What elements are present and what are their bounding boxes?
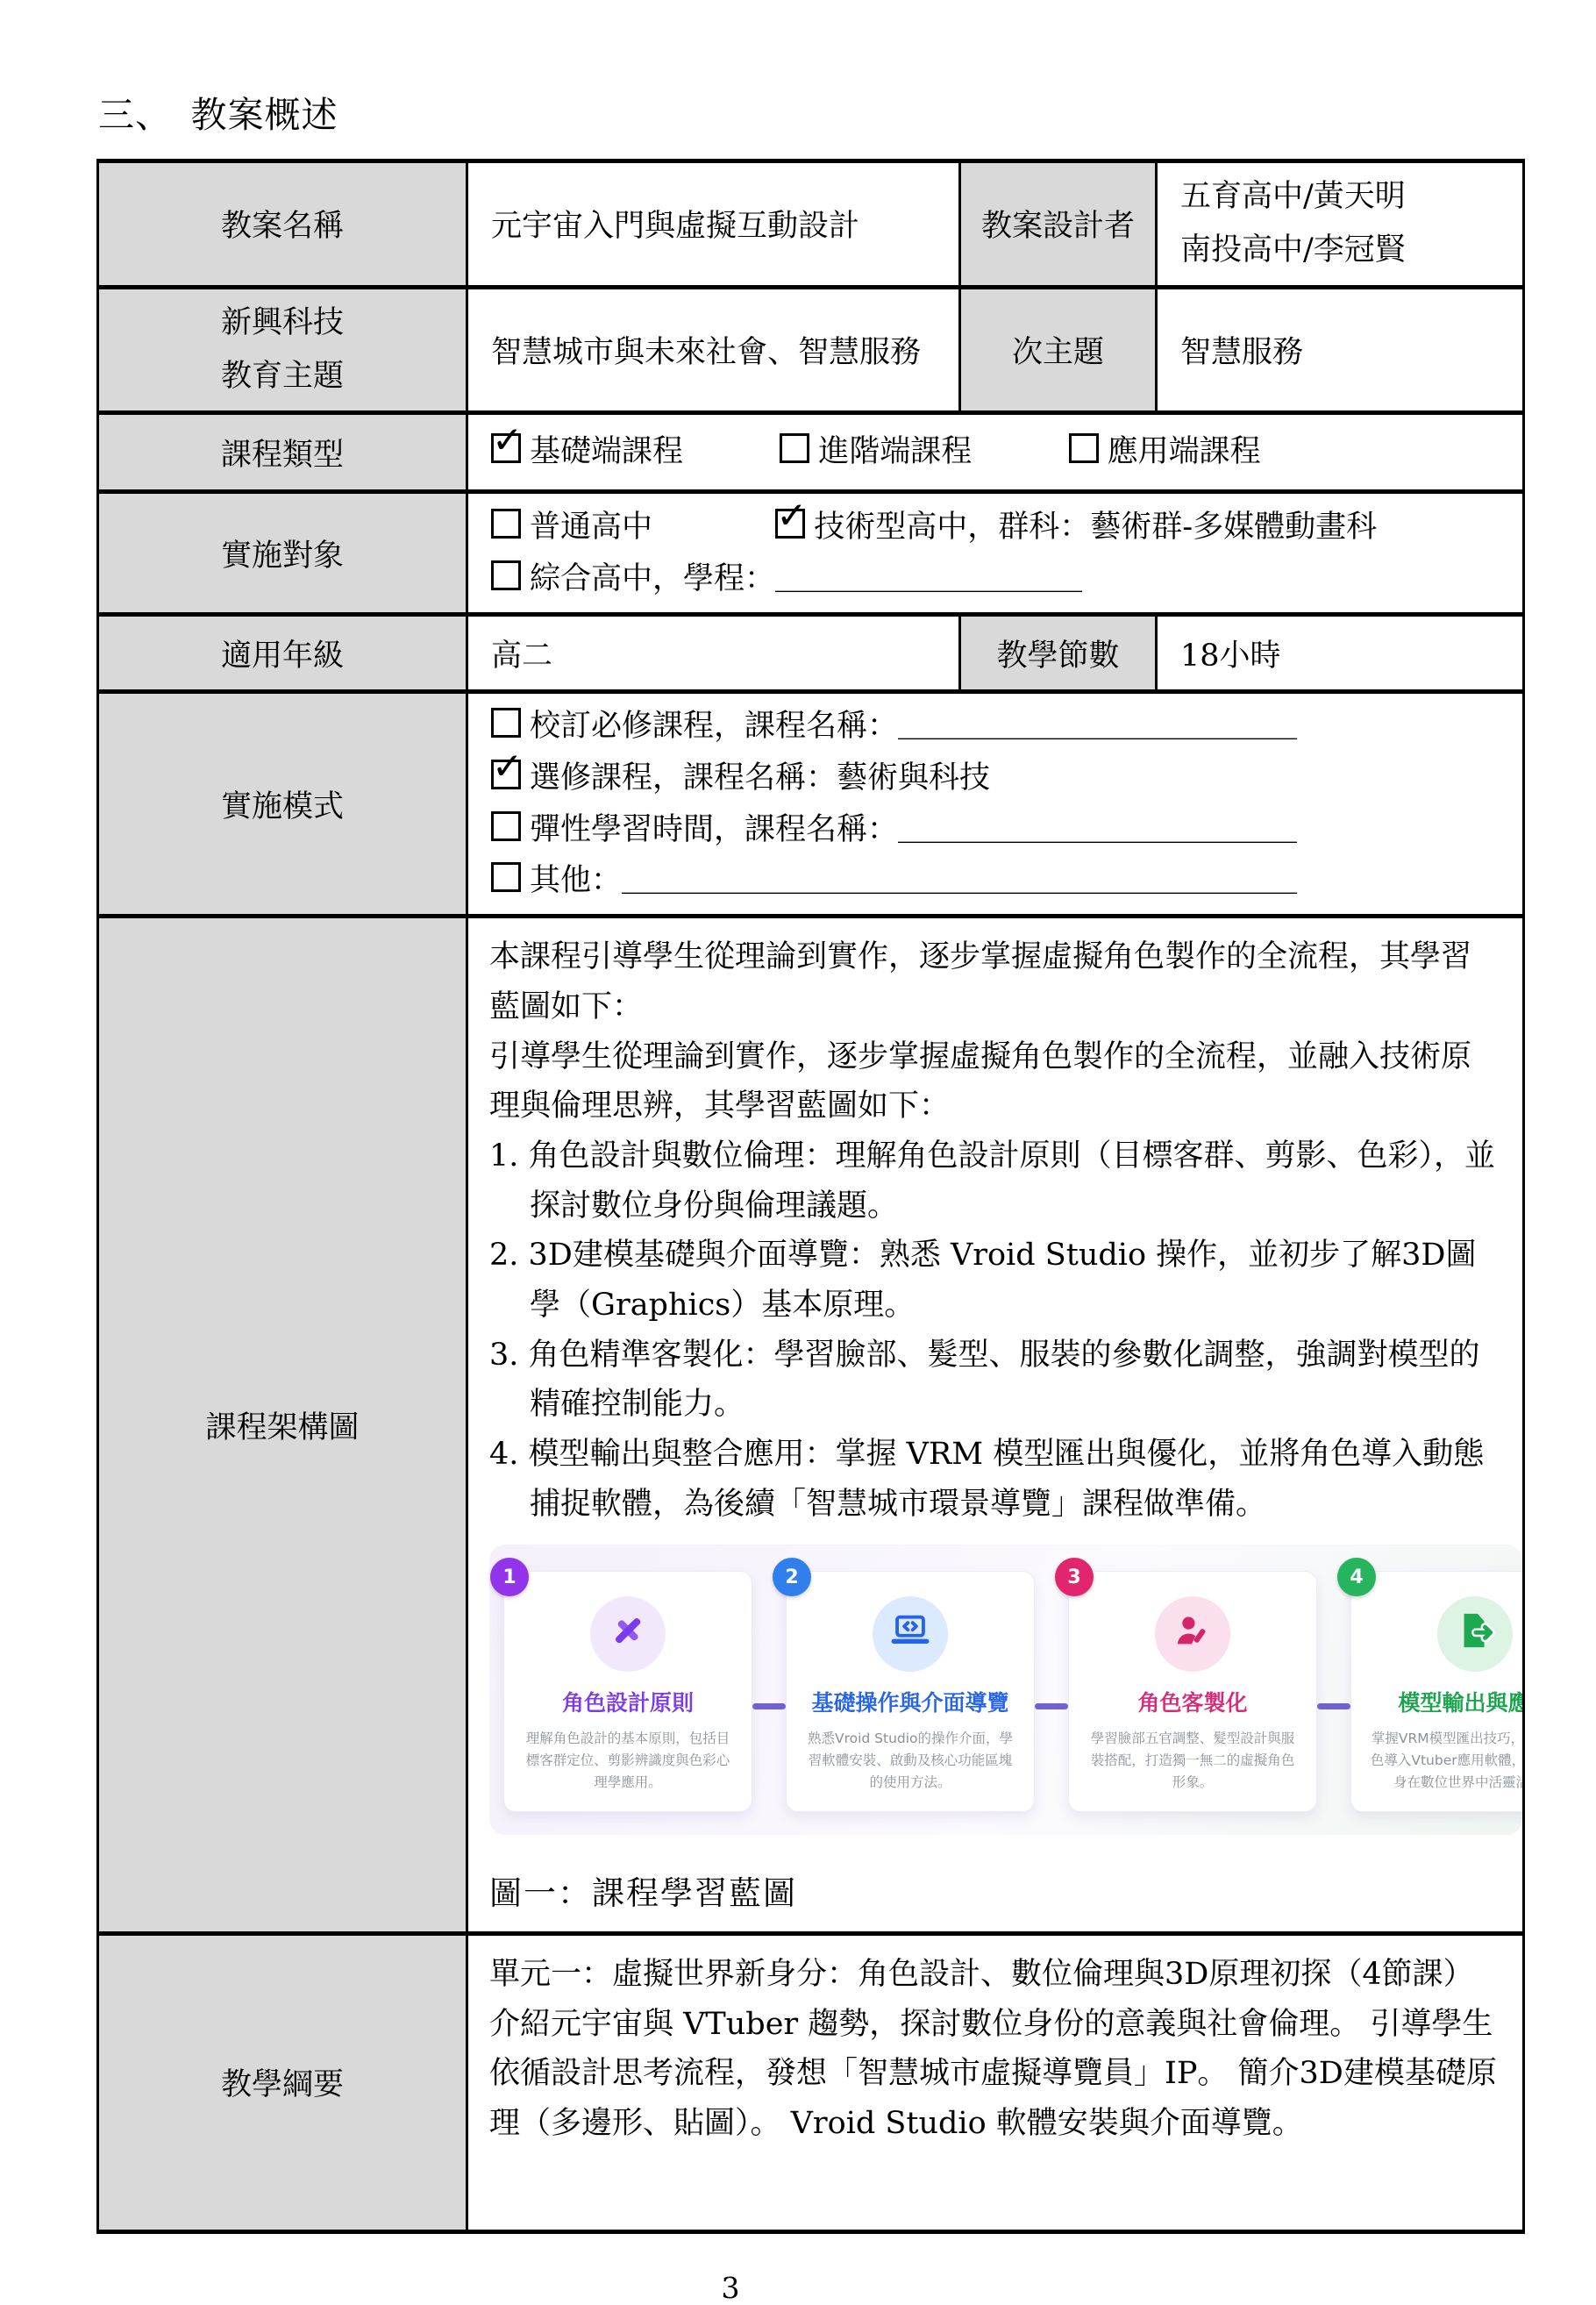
table-row: 課程架構圖 本課程引導學生從理論到實作，逐步掌握虛擬角色製作的全流程，其學習藍圖… <box>98 917 1524 1934</box>
checkbox-label: 應用端課程 <box>1108 434 1261 469</box>
table-row: 新興科技 教育主題 智慧城市與未來社會、智慧服務 次主題 智慧服務 <box>98 287 1524 413</box>
table-row: 教案名稱 元宇宙入門與虛擬互動設計 教案設計者 五育高中/黃天明 南投高中/李冠… <box>98 161 1524 288</box>
connector-line <box>1317 1601 1350 1811</box>
structure-label: 課程架構圖 <box>98 917 467 1934</box>
check-icon: ✓ <box>776 497 807 534</box>
step-description: 熟悉Vroid Studio的操作介面，學習軟體安裝、啟動及核心功能區塊的使用方… <box>797 1728 1023 1793</box>
checkbox-label: 其他：＿＿＿＿＿＿＿＿＿＿＿＿＿＿＿＿＿＿＿＿＿＿ <box>530 863 1297 898</box>
target-label: 實施對象 <box>98 492 467 615</box>
course-type-options: ✓基礎端課程 ✓進階端課程 ✓應用端課程 <box>467 413 1524 492</box>
checkbox-elective[interactable]: ✓ <box>491 760 521 789</box>
page-number: 3 <box>96 2271 1522 2305</box>
tech-theme-value: 智慧城市與未來社會、智慧服務 <box>467 287 960 413</box>
target-options: ✓普通高中 ✓技術型高中，群科：藝術群-多媒體動畫科 ✓綜合高中，學程：＿＿＿＿… <box>467 492 1524 615</box>
step-1-number-badge: 1 <box>490 1558 529 1596</box>
checkbox-label: 選修課程，課程名稱：藝術與科技 <box>530 760 990 796</box>
lesson-name-label: 教案名稱 <box>98 161 467 288</box>
designer-line-1: 五育高中/黃天明 <box>1180 170 1507 224</box>
table-row: 適用年級 高二 教學節數 18小時 <box>98 615 1524 692</box>
checkbox-basic-course[interactable]: ✓ <box>491 433 521 463</box>
designer-label: 教案設計者 <box>960 161 1157 288</box>
checkbox-other[interactable]: ✓ <box>491 862 521 892</box>
step-4-number-badge: 4 <box>1337 1558 1376 1596</box>
step-description: 掌握VRM模型匯出技巧，學習將角色導入Vtuber應用軟體，讓虛擬分身在數位世界… <box>1362 1728 1524 1793</box>
step-3-number-badge: 3 <box>1055 1558 1094 1596</box>
file-export-icon <box>1455 1610 1495 1659</box>
lesson-name-value: 元宇宙入門與虛擬互動設計 <box>467 161 960 288</box>
step-description: 學習臉部五官調整、髮型設計與服裝搭配，打造獨一無二的虛擬角色形象。 <box>1079 1728 1306 1793</box>
sub-theme-value: 智慧服務 <box>1157 287 1524 413</box>
designer-line-2: 南投高中/李冠賢 <box>1180 224 1507 277</box>
step-title: 角色客製化 <box>1079 1686 1306 1717</box>
step-2-number-badge: 2 <box>773 1558 811 1596</box>
checkbox-school-required[interactable]: ✓ <box>491 708 521 738</box>
step-title: 模型輸出與應用 <box>1362 1686 1524 1717</box>
syllabus-content: 單元一：虛擬世界新身分：角色設計、數位倫理與3D原理初探（4節課）介紹元宇宙與 … <box>467 1933 1524 2231</box>
structure-item-4: 4. 模型輸出與整合應用：掌握 VRM 模型匯出與優化，並將角色導入動態捕捉軟體… <box>489 1430 1501 1529</box>
checkbox-label: 校訂必修課程，課程名稱：＿＿＿＿＿＿＿＿＿＿＿＿＿ <box>530 709 1297 744</box>
course-type-label: 課程類型 <box>98 413 467 492</box>
table-row: 實施模式 ✓校訂必修課程，課程名稱：＿＿＿＿＿＿＿＿＿＿＿＿＿ ✓選修課程，課程… <box>98 692 1524 917</box>
course-blueprint-figure: 1 角色設計原則 理解角色設計的基本原則，包括目標客群定位、剪影辨識度與色彩心理… <box>489 1545 1522 1834</box>
step-card-4: 4 模型輸出與應用 掌握VRM模型匯出技巧，學習將角色導入 <box>1350 1571 1524 1811</box>
connector-line <box>1035 1601 1068 1811</box>
structure-paragraph: 本課程引導學生從理論到實作，逐步掌握虛擬角色製作的全流程，其學習藍圖如下： <box>489 932 1501 1031</box>
design-tools-icon <box>608 1610 648 1659</box>
checkbox-advanced-course[interactable]: ✓ <box>780 433 809 463</box>
syllabus-label: 教學綱要 <box>98 1933 467 2231</box>
mode-options: ✓校訂必修課程，課程名稱：＿＿＿＿＿＿＿＿＿＿＿＿＿ ✓選修課程，課程名稱：藝術… <box>467 692 1524 917</box>
structure-item-3: 3. 角色精準客製化：學習臉部、髮型、服裝的參數化調整，強調對模型的精確控制能力… <box>489 1331 1501 1430</box>
structure-paragraph: 引導學生從理論到實作，逐步掌握虛擬角色製作的全流程，並融入技術原理與倫理思辨，其… <box>489 1032 1501 1131</box>
checkbox-flexible-time[interactable]: ✓ <box>491 811 521 841</box>
mode-label: 實施模式 <box>98 692 467 917</box>
figure-caption: 圖一：課程學習藍圖 <box>489 1866 1501 1914</box>
structure-content: 本課程引導學生從理論到實作，逐步掌握虛擬角色製作的全流程，其學習藍圖如下： 引導… <box>467 917 1524 1934</box>
check-icon: ✓ <box>492 422 523 459</box>
step-card-2: 2 基礎操作與介面導覽 熟悉Vroid Studio的操作 <box>786 1571 1035 1811</box>
checkbox-applied-course[interactable]: ✓ <box>1069 433 1099 463</box>
checkbox-label: 技術型高中，群科：藝術群-多媒體動畫科 <box>814 510 1377 545</box>
step-title: 角色設計原則 <box>515 1686 741 1717</box>
step-title: 基礎操作與介面導覽 <box>797 1686 1023 1717</box>
table-row: 教學綱要 單元一：虛擬世界新身分：角色設計、數位倫理與3D原理初探（4節課）介紹… <box>98 1933 1524 2231</box>
checkbox-technical-hs[interactable]: ✓ <box>775 509 805 539</box>
sessions-value: 18小時 <box>1157 615 1524 692</box>
checkbox-label: 綜合高中，學程：＿＿＿＿＿＿＿＿＿＿ <box>530 561 1082 596</box>
lesson-plan-table: 教案名稱 元宇宙入門與虛擬互動設計 教案設計者 五育高中/黃天明 南投高中/李冠… <box>96 159 1525 2234</box>
checkbox-label: 普通高中 <box>530 510 652 545</box>
user-pen-icon <box>1172 1610 1213 1659</box>
sessions-label: 教學節數 <box>960 615 1157 692</box>
step-description: 理解角色設計的基本原則，包括目標客群定位、剪影辨識度與色彩心理學應用。 <box>515 1728 741 1793</box>
tech-theme-label: 新興科技 教育主題 <box>98 287 467 413</box>
checkbox-label: 進階端課程 <box>818 434 972 469</box>
step-card-3: 3 角色客製化 學習臉部五官調整、髮型設計與服裝搭配，打造 <box>1068 1571 1317 1811</box>
connector-line <box>752 1601 786 1811</box>
table-row: 實施對象 ✓普通高中 ✓技術型高中，群科：藝術群-多媒體動畫科 ✓綜合高中，學程… <box>98 492 1524 615</box>
check-icon: ✓ <box>492 748 523 785</box>
sub-theme-label: 次主題 <box>960 287 1157 413</box>
structure-item-2: 2. 3D建模基礎與介面導覽：熟悉 Vroid Studio 操作，並初步了解3… <box>489 1231 1501 1330</box>
table-row: 課程類型 ✓基礎端課程 ✓進階端課程 ✓應用端課程 <box>98 413 1524 492</box>
grade-label: 適用年級 <box>98 615 467 692</box>
laptop-code-icon <box>890 1610 930 1659</box>
step-card-1: 1 角色設計原則 理解角色設計的基本原則，包括目標客群定位、剪影辨識度與色彩心理… <box>503 1571 752 1811</box>
structure-item-1: 1. 角色設計與數位倫理：理解角色設計原則（目標客群、剪影、色彩），並探討數位身… <box>489 1131 1501 1231</box>
checkbox-comprehensive-hs[interactable]: ✓ <box>491 560 521 590</box>
section-title: 三、 教案概述 <box>98 86 1596 138</box>
checkbox-label: 彈性學習時間，課程名稱：＿＿＿＿＿＿＿＿＿＿＿＿＿ <box>530 812 1297 847</box>
designer-value: 五育高中/黃天明 南投高中/李冠賢 <box>1157 161 1524 288</box>
syllabus-text: 單元一：虛擬世界新身分：角色設計、數位倫理與3D原理初探（4節課）介紹元宇宙與 … <box>489 1950 1501 2149</box>
checkbox-general-hs[interactable]: ✓ <box>491 509 521 539</box>
grade-value: 高二 <box>467 615 960 692</box>
document-page: 三、 教案概述 教案名稱 元宇宙入門與虛擬互動設計 教案設計者 五育高中/黃天明… <box>0 0 1596 2305</box>
checkbox-label: 基礎端課程 <box>530 434 683 469</box>
